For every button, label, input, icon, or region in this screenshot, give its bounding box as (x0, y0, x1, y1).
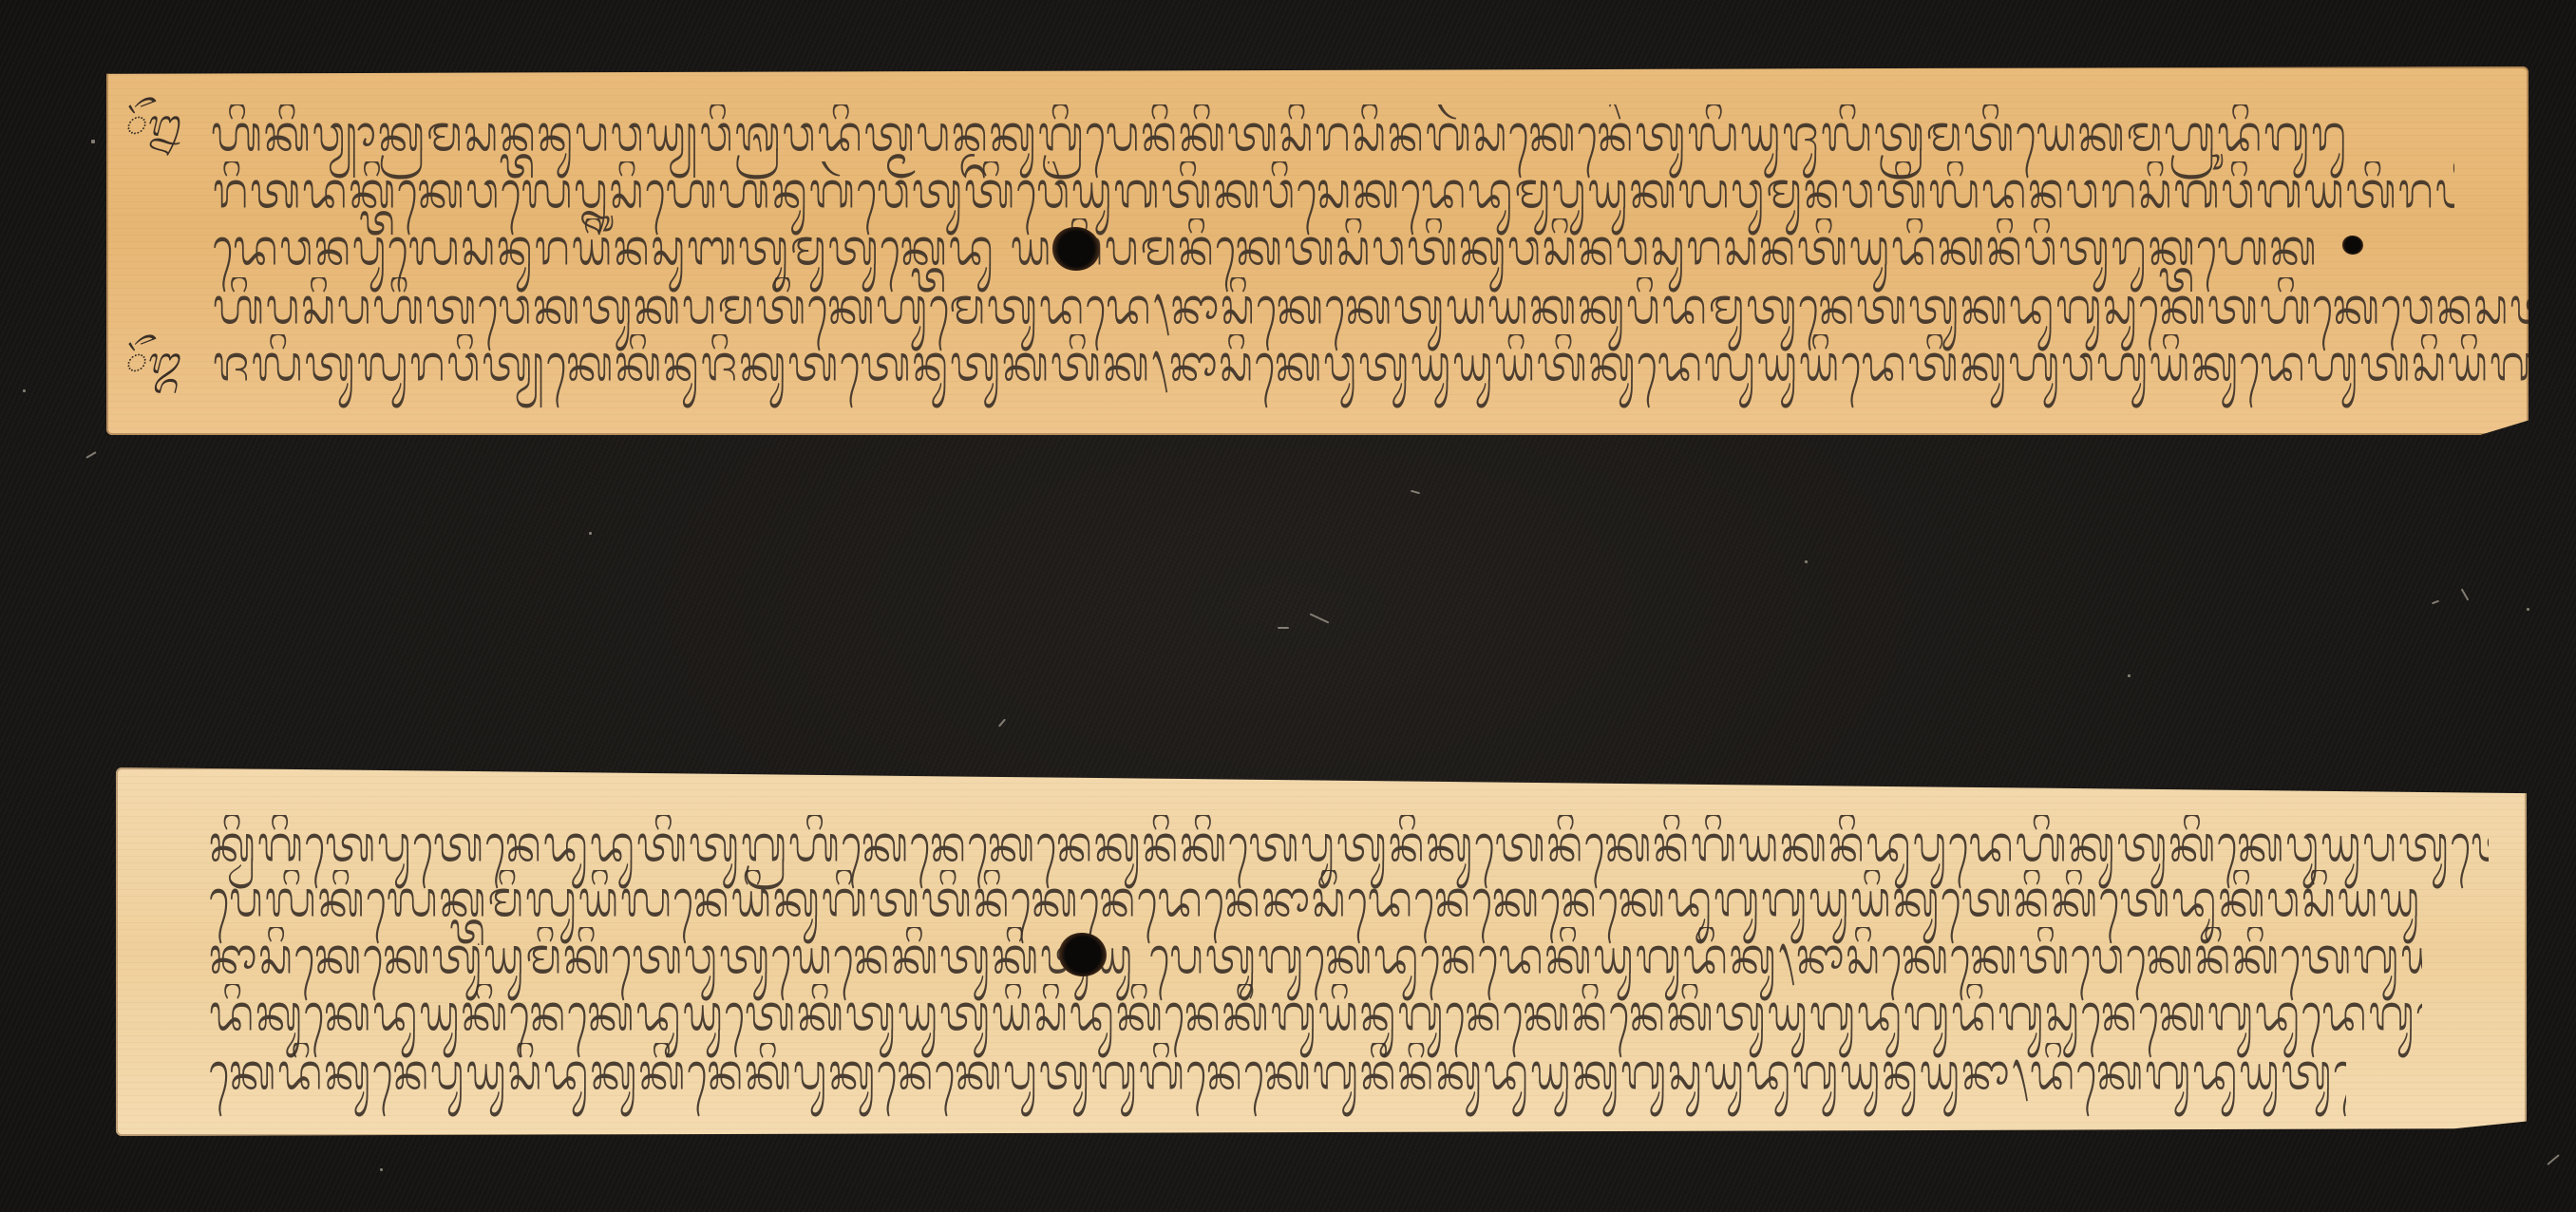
lint-speck (380, 1168, 383, 1171)
binding-hole (1059, 933, 1107, 976)
lint-speck (23, 389, 26, 392)
binding-hole (1052, 227, 1100, 271)
binding-hole-small (2342, 236, 2363, 255)
palm-leaf-bottom: ᬓ᭄ᬯᬶᬕᬶᬢᬾᬧᬸᬢᬾᬦᬾᬤᬸᬤᬸᬢᬶᬢᬸᬕ᭄ᬭᬳᬶᬓᬾᬦᬾᬓᬾᬦᬾᬓᬸᬦᬶᬓ… (116, 767, 2527, 1136)
text-line: ᬚᬮᬶᬢᬸᬮᬸᬭᬯᬶᬢ᭄ᬬᬓᬾᬓᬶᬦᬸᬚᬶᬓᬸᬢᬢᬾᬦᬸᬢᬸᬓᬢᬶᬓ᭞ᬦᬵᬲᬶᬓ… (213, 334, 2529, 409)
lint-speck (1805, 560, 1808, 563)
lint-speck (2527, 608, 2529, 611)
lint-speck (2128, 674, 2131, 677)
text-block: ᬓ᭄ᬯᬶᬕᬶᬢᬾᬧᬸᬢᬾᬦᬾᬤᬸᬤᬸᬢᬶᬢᬸᬕ᭄ᬭᬳᬶᬓᬾᬦᬾᬓᬾᬦᬾᬓᬸᬦᬶᬓ… (116, 767, 2527, 1136)
text-block: ᬳᬶᬓᬶᬯ᭄ᬬᬵᬓ᭄ᬭᬫᬲᬦ᭄ᬢᬦᬸᬧᬯᬬ᭄ᬬᬯᬶᬰ᭄ᬭᬯᬤᬶᬢ᭄ᬫᬧᬦ᭄ᬤᬓᬸ… (106, 66, 2529, 435)
text-line: ᬓᬾᬤᬶᬓᬸᬦᬾᬧᬸᬬᬸᬲᬶᬤᬸᬓᬸᬓᬶᬦᬾᬓᬶᬧᬸᬓᬸᬦᬾᬓᬾᬧᬸᬢᬸᬕᬸᬕᬶ… (209, 1043, 2346, 1118)
lint-speck (1278, 627, 1289, 629)
palm-leaf-top: ᭂ᭒ ᭂ᭓ ᬳᬶᬓᬶᬯ᭄ᬬᬵᬓ᭄ᬭᬫᬲᬦ᭄ᬢᬦᬸᬧᬯᬬ᭄ᬬᬯᬶᬰ᭄ᬭᬯᬤᬶᬢ᭄ᬫ… (106, 66, 2529, 435)
lint-speck (91, 140, 95, 143)
lint-speck (589, 532, 592, 535)
